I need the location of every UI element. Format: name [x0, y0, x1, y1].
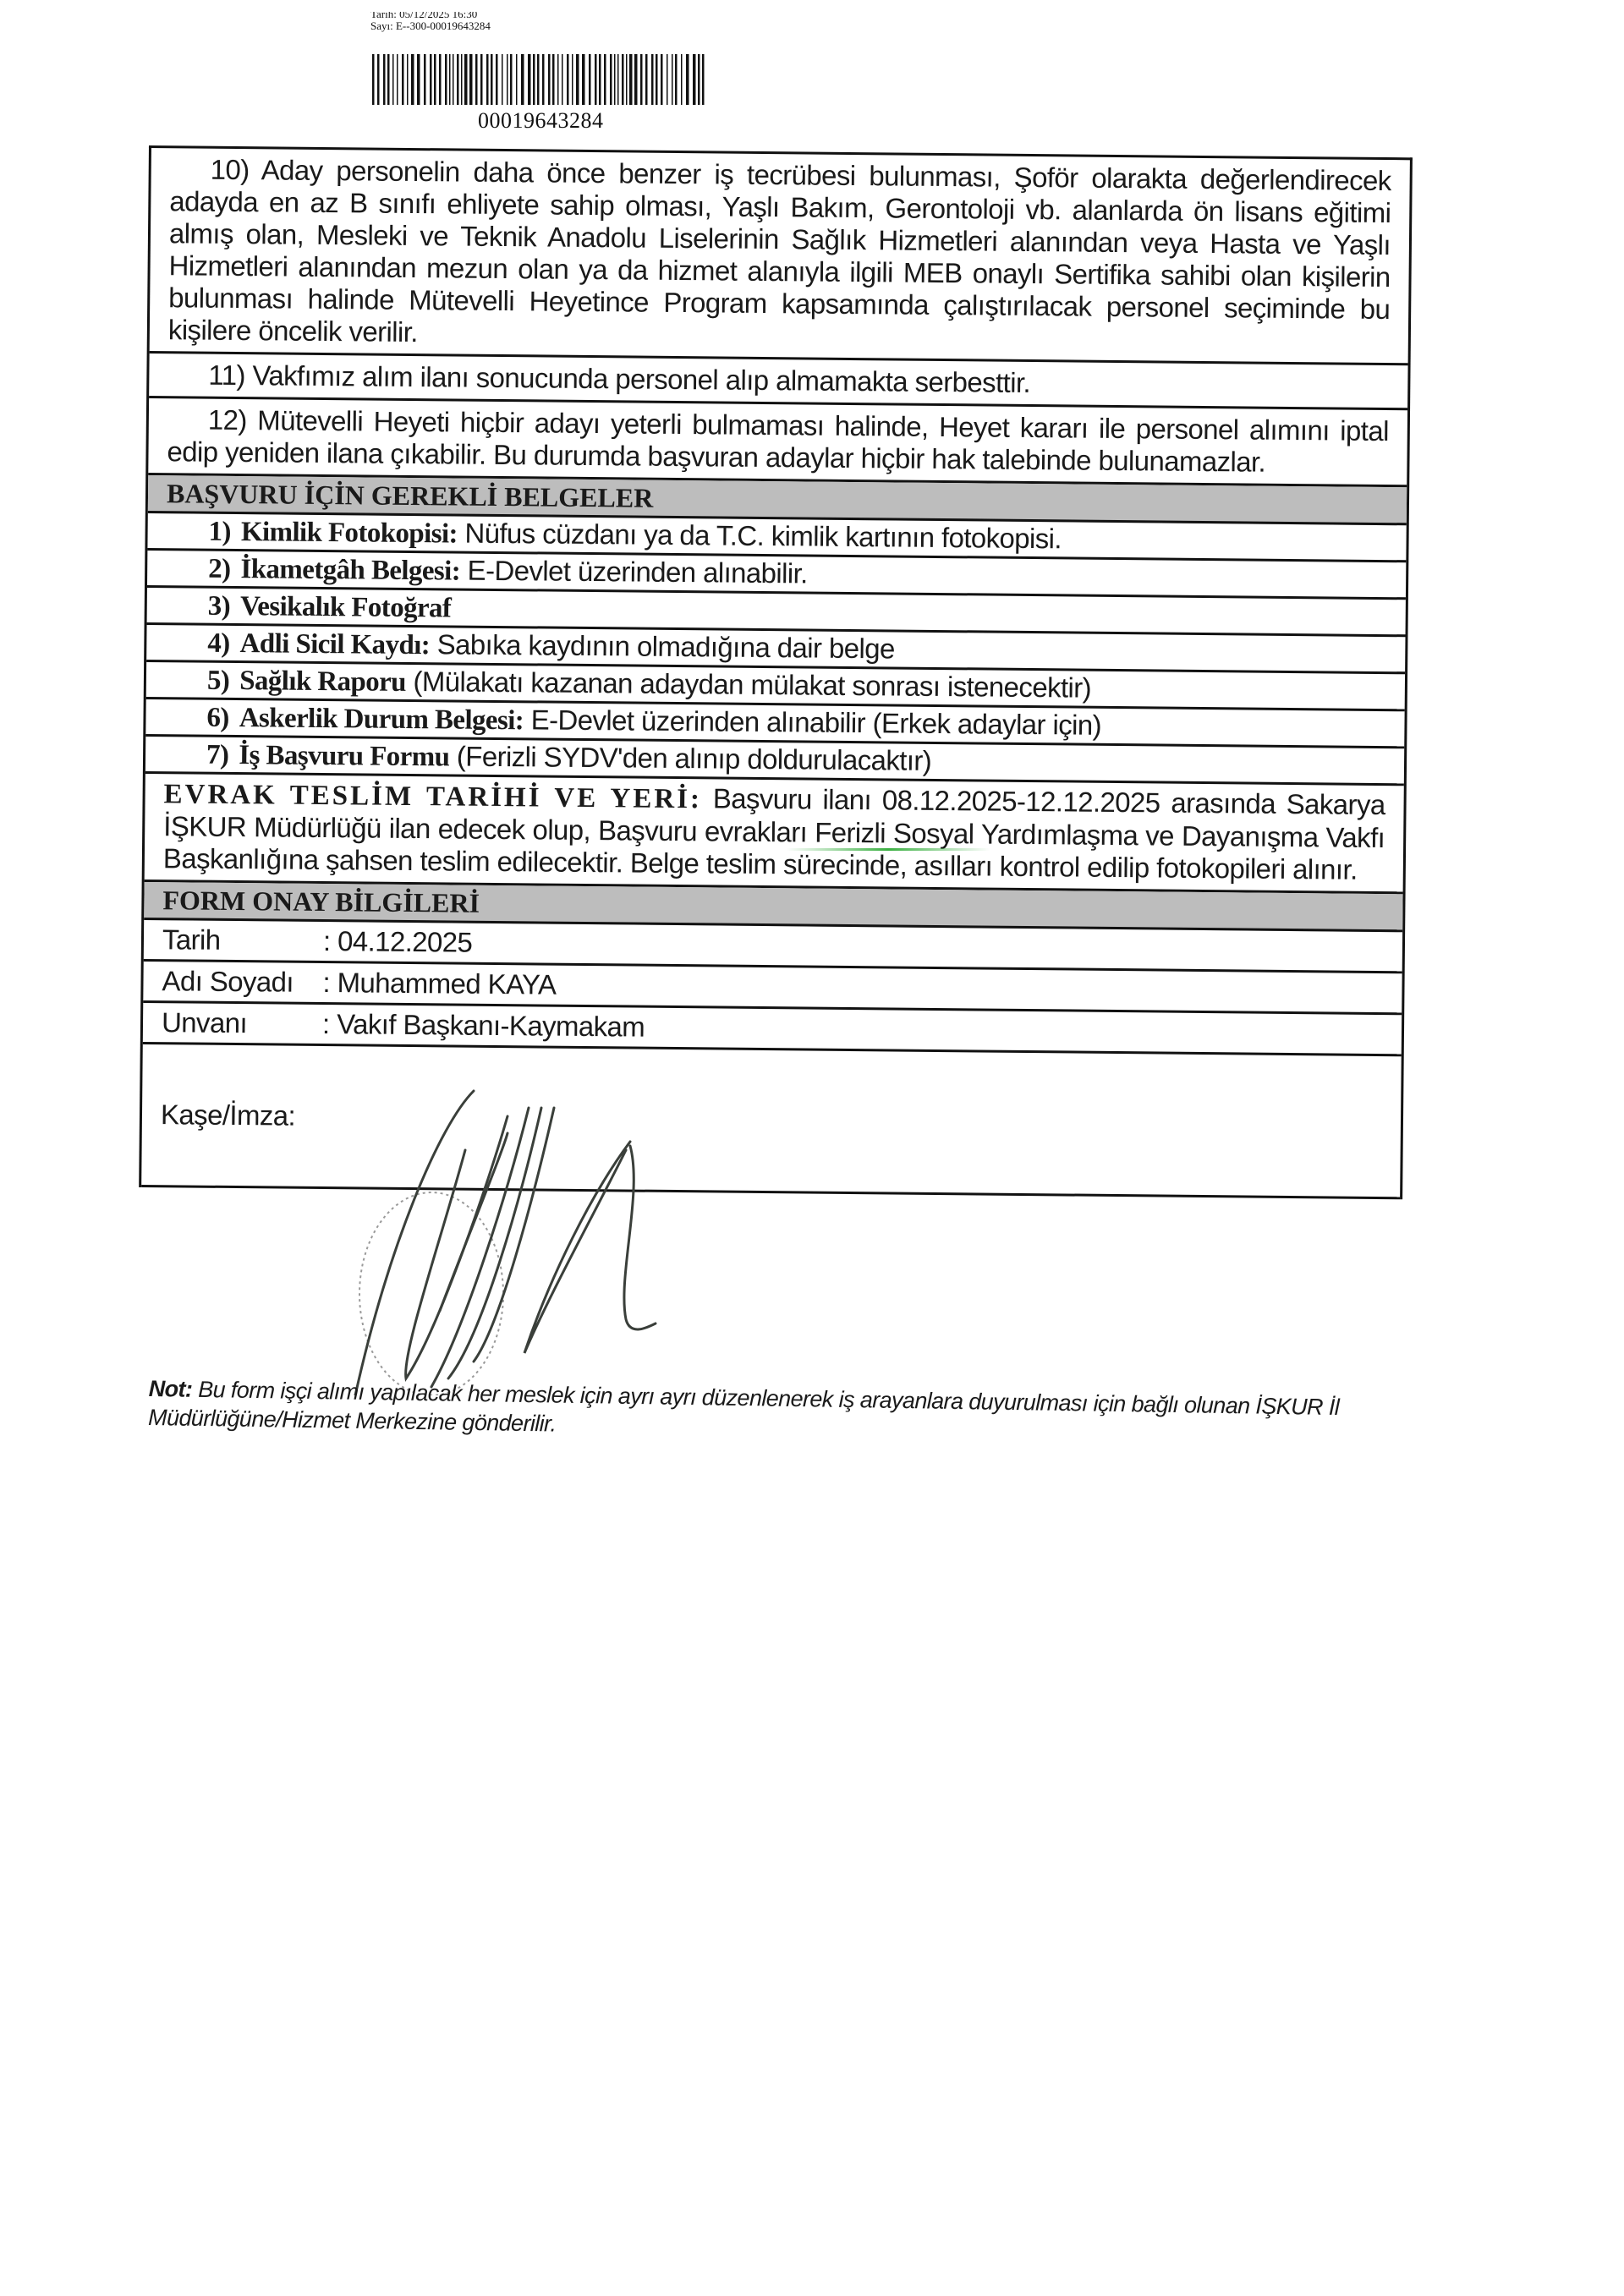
barcode — [370, 54, 709, 105]
field-value: : 04.12.2025 — [323, 925, 473, 959]
footnote: Not: Bu form işçi alımı yapılacak her me… — [148, 1374, 1418, 1452]
condition-10: 10) Aday personelin daha önce benzer iş … — [150, 148, 1410, 365]
item-number: 5) — [207, 666, 230, 696]
item-detail: (Ferizli SYDV'den alınıp doldurulacaktır… — [449, 740, 931, 775]
condition-12: 12) Mütevelli Heyeti hiçbir adayı yeterl… — [148, 398, 1407, 487]
item-number: 1) — [208, 517, 231, 547]
document-body: 10) Aday personelin daha önce benzer iş … — [139, 145, 1413, 1199]
item-label: Vesikalık Fotoğraf — [240, 591, 452, 623]
field-label: Unvanı — [162, 1006, 322, 1040]
field-value: : Vakıf Başkanı-Kaymakam — [322, 1008, 645, 1044]
approval-field-stamp-signature: Kaşe/İmza: — [141, 1044, 1402, 1199]
note-text: Bu form işçi alımı yapılacak her meslek … — [148, 1377, 1339, 1437]
item-label: Kimlik Fotokopisi: — [241, 517, 458, 549]
field-label: Kaşe/İmza: — [161, 1099, 321, 1132]
item-number: 3) — [208, 591, 231, 622]
condition-text: Mütevelli Heyeti hiçbir adayı yeterli bu… — [167, 404, 1389, 477]
header-date-line: Tarih: 05/12/2025 16:30 — [370, 12, 726, 19]
note-label: Not: — [148, 1376, 192, 1402]
item-detail: E-Devlet üzerinden alınabilir (Erkek ada… — [524, 704, 1101, 741]
item-detail: (Mülakatı kazanan adaydan mülakat sonras… — [406, 666, 1091, 704]
submission-info: EVRAK TESLİM TARİHİ VE YERİ: Başvuru ila… — [145, 774, 1404, 894]
item-label: Adli Sicil Kaydı: — [239, 628, 430, 660]
condition-number: 12) — [167, 403, 247, 436]
item-detail: E-Devlet üzerinden alınabilir. — [460, 555, 808, 589]
condition-number: 11) — [167, 359, 245, 391]
form-table: 10) Aday personelin daha önce benzer iş … — [139, 145, 1413, 1199]
header-sayi: Sayı: E--300-00019643284 — [370, 19, 726, 33]
item-number: 7) — [206, 740, 229, 770]
item-detail: Nüfus cüzdanı ya da T.C. kimlik kartının… — [458, 518, 1062, 555]
item-number: 4) — [207, 628, 230, 659]
condition-text: Aday personelin daha önce benzer iş tecr… — [168, 154, 1391, 348]
item-label: Sağlık Raporu — [239, 666, 406, 698]
item-label: İkametgâh Belgesi: — [240, 554, 460, 586]
field-value: : Muhammed KAYA — [322, 967, 556, 1001]
item-label: İş Başvuru Formu — [239, 740, 449, 772]
field-label: Tarih — [162, 923, 323, 957]
item-number: 6) — [206, 703, 229, 733]
document-header: Tarih: 05/12/2025 16:30 Sayı: E--300-000… — [370, 12, 726, 33]
item-number: 2) — [208, 554, 231, 584]
condition-text: Vakfımız alım ilanı sonucunda personel a… — [252, 359, 1030, 398]
field-label: Adı Soyadı — [162, 965, 322, 999]
condition-number: 10) — [170, 153, 250, 185]
barcode-number: 00019643284 — [478, 108, 604, 134]
submission-label: EVRAK TESLİM TARİHİ VE YERİ: — [163, 779, 702, 814]
scan-artifact — [787, 848, 990, 851]
item-detail: Sabıka kaydının olmadığına dair belge — [430, 628, 895, 664]
item-label: Askerlik Durum Belgesi: — [239, 703, 524, 736]
